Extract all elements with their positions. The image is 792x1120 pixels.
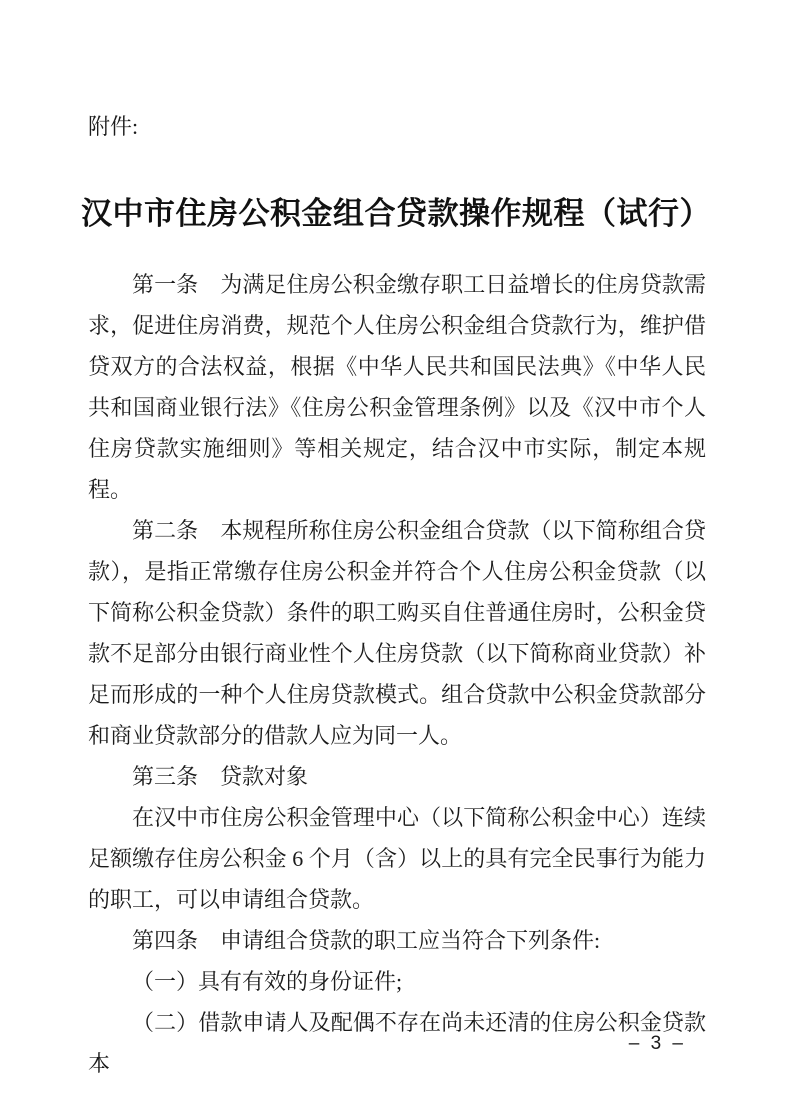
page-number: – 3 – — [629, 1033, 686, 1055]
paragraph-article-3-body: 在汉中市住房公积金管理中心（以下简称公积金中心）连续足额缴存住房公积金 6 个月… — [88, 797, 706, 920]
paragraph-condition-2: （二）借款申请人及配偶不存在尚未还清的住房公积金贷款本 — [88, 1002, 706, 1084]
paragraph-article-2: 第二条 本规程所称住房公积金组合贷款（以下简称组合贷款），是指正常缴存住房公积金… — [88, 510, 706, 756]
document-title: 汉中市住房公积金组合贷款操作规程（试行） — [40, 188, 752, 233]
attachment-label: 附件: — [88, 112, 138, 142]
document-page: 附件: 汉中市住房公积金组合贷款操作规程（试行） 第一条 为满足住房公积金缴存职… — [0, 0, 792, 1120]
paragraph-article-3-heading: 第三条 贷款对象 — [88, 756, 706, 797]
paragraph-article-1: 第一条 为满足住房公积金缴存职工日益增长的住房贷款需求，促进住房消费，规范个人住… — [88, 264, 706, 510]
paragraph-article-4-heading: 第四条 申请组合贷款的职工应当符合下列条件: — [88, 920, 706, 961]
paragraph-condition-1: （一）具有有效的身份证件; — [88, 961, 706, 1002]
document-body: 第一条 为满足住房公积金缴存职工日益增长的住房贷款需求，促进住房消费，规范个人住… — [88, 264, 706, 1084]
